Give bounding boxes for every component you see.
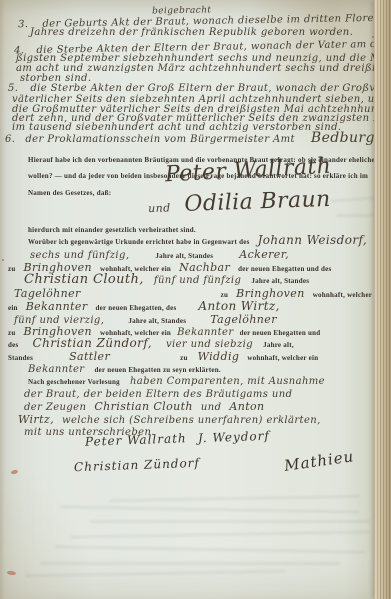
- printed-form-text: wohnhaft, welcher: [313, 291, 372, 299]
- handwritten-text: 3.: [18, 19, 29, 30]
- signature-peter-wallrath: Peter Wallrath: [85, 431, 187, 449]
- groom-name: Peter Wallrath: [165, 156, 332, 187]
- handwritten-text: und: [148, 201, 171, 215]
- printed-form-text: Namen des Gesetzes, daß:: [28, 189, 111, 197]
- signature-mathieu: Mathieu: [283, 447, 355, 475]
- bride-name: undOdilia Braun: [148, 189, 331, 217]
- handwritten-text: der Proklamationsschein vom Bürgermeiste…: [25, 134, 295, 145]
- left-gutter-shadow: [0, 0, 5, 599]
- signature-j-weydorf: J. Weydorf: [198, 429, 270, 445]
- red-stain-bottom: [7, 570, 16, 575]
- red-stain-small: [11, 469, 19, 475]
- handwritten-text: 6.: [5, 134, 15, 145]
- printed-form-text: zu: [8, 265, 16, 273]
- scanned-document-page: beigebracht3.der Geburts Akt der Braut, …: [0, 0, 391, 599]
- handwritten-text: Bedburg: [311, 130, 375, 146]
- book-page-edges: [374, 0, 391, 599]
- printed-form-text: wohnhaft, welcher ein: [247, 354, 318, 362]
- item-6: 6.der Proklamationsschein vom Bürgermeis…: [5, 129, 375, 145]
- signature-christian-zuendorf: Christian Zündorf: [74, 456, 200, 474]
- handwritten-text: Odilia Braun: [184, 187, 331, 217]
- text-line: Namen des Gesetzes, daß:: [28, 182, 111, 198]
